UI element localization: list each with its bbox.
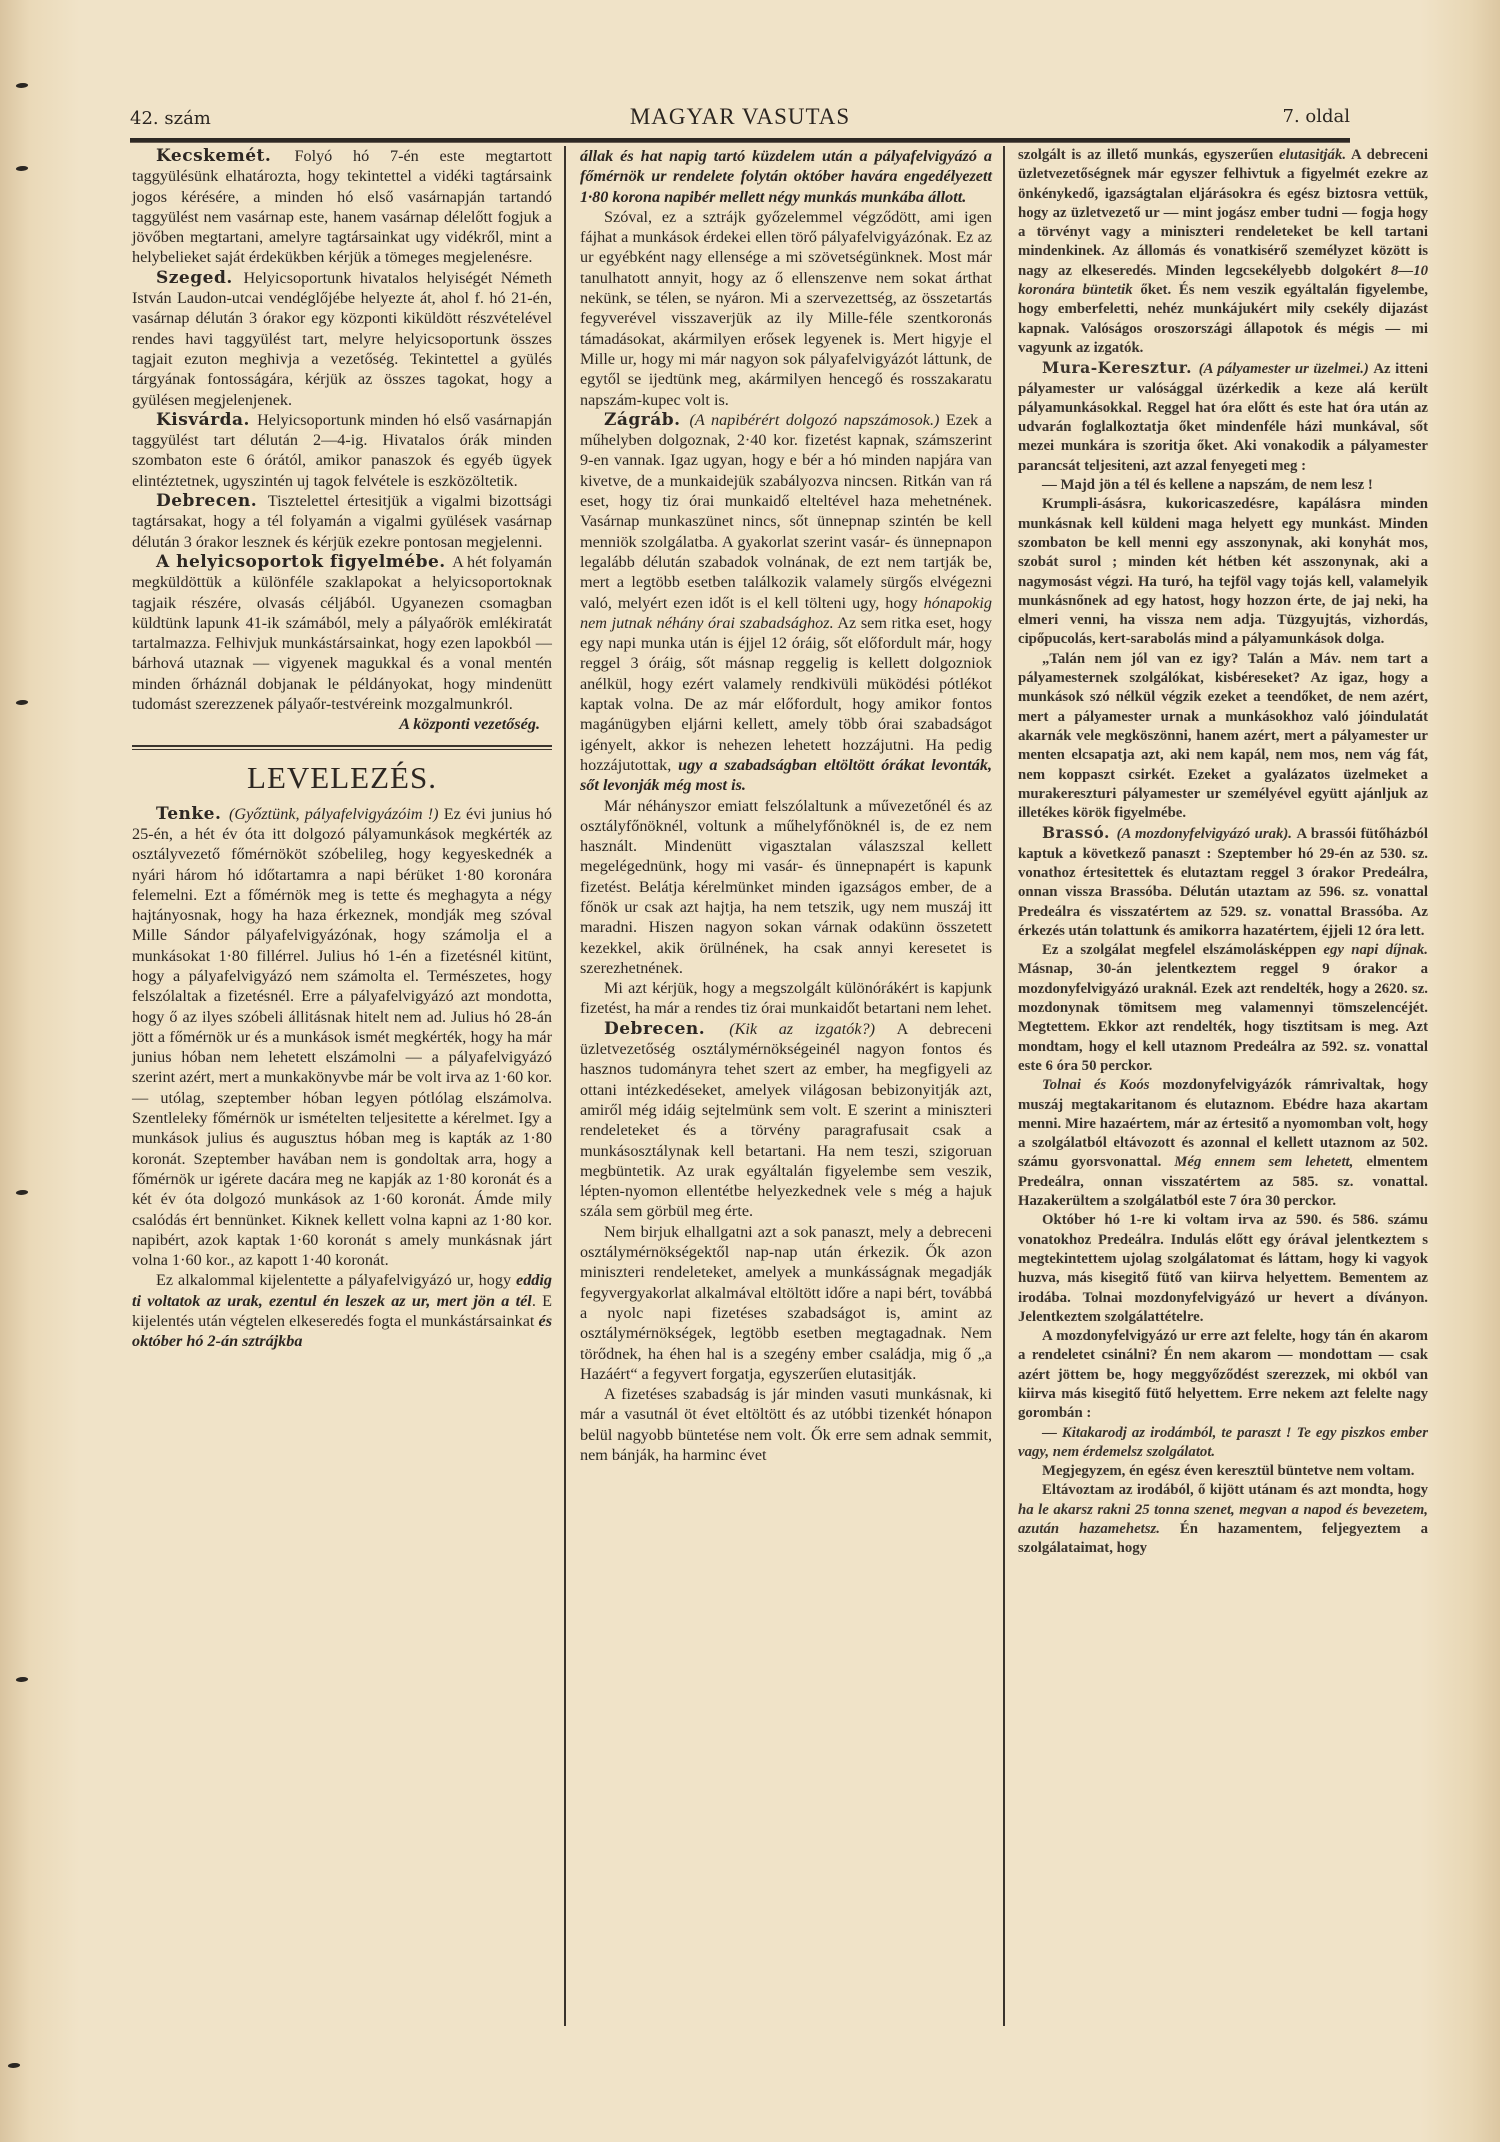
- emphasis-text: Még ennem sem lehetett,: [1174, 1154, 1353, 1170]
- dateline-heading: Szeged.: [156, 268, 244, 288]
- body-text: —: [1042, 1425, 1062, 1441]
- body-text: „Talán nem jól van ez igy? Talán a Máv. …: [1018, 651, 1428, 821]
- punch-mark: [15, 166, 29, 171]
- body-text: Ezek a műhelyben dolgoznak, 2·40 kor. fi…: [580, 411, 992, 612]
- punch-mark: [15, 700, 29, 705]
- paragraph: — Kitakarodj az irodámból, te paraszt ! …: [1018, 1424, 1428, 1463]
- paragraph: Október hó 1-re ki voltam irva az 590. é…: [1018, 1211, 1428, 1327]
- dateline-heading: A helyicsoportok figyelmébe.: [156, 552, 452, 572]
- body-text: Október hó 1-re ki voltam irva az 590. é…: [1018, 1212, 1428, 1324]
- section-title: LEVELEZÉS.: [132, 758, 552, 798]
- body-text: Krumpli-ásásra, kukoricaszedésre, kapálá…: [1018, 496, 1428, 647]
- column-3: szolgált is az illető munkás, egyszerűen…: [1018, 146, 1428, 1559]
- dateline-heading: Zágráb.: [604, 410, 689, 430]
- body-text: Szóval, ez a sztrájk győzelemmel végződö…: [580, 208, 992, 409]
- announcements: Kecskemét. Folyó hó 7-én este megtartott…: [132, 146, 552, 714]
- paragraph: állak és hat napig tartó küzdelem után a…: [580, 146, 992, 207]
- dateline-heading: Kecskemét.: [156, 146, 294, 166]
- dateline-heading: Tenke.: [156, 804, 229, 824]
- body-text: Másnap, 30-án jelentkeztem reggel 9 órak…: [1018, 961, 1428, 1073]
- body-text: A debreceni üzletvezetőségnek már egysze…: [1018, 147, 1428, 279]
- paragraph: Tenke. (Győztünk, pályafelvigyázóim !) E…: [132, 804, 552, 1271]
- paragraph: Debrecen. (Kik az izgatók?) A debreceni …: [580, 1019, 992, 1222]
- paragraph: Kisvárda. Helyicsoportunk minden hó első…: [132, 410, 552, 491]
- emphasis-text: elutasitják.: [1279, 147, 1346, 163]
- punch-mark: [15, 1677, 29, 1682]
- emphasis-text: (Kik az izgatók?): [729, 1020, 896, 1038]
- paragraph: Szóval, ez a sztrájk győzelemmel végződö…: [580, 207, 992, 410]
- body-text: Az itteni pályamester ur valósággal üzér…: [1018, 361, 1428, 473]
- body-text: A brassói fütőházból kaptuk a következő …: [1018, 826, 1428, 938]
- column-2: állak és hat napig tartó küzdelem után a…: [580, 146, 992, 1465]
- body-text: Megjegyzem, én egész éven keresztül bünt…: [1042, 1463, 1414, 1479]
- punch-mark: [15, 83, 29, 88]
- dateline-heading: Mura-Keresztur.: [1042, 358, 1199, 377]
- emphasis-text: (A pályamester ur üzelmei.): [1199, 361, 1374, 377]
- column-3-body: szolgált is az illető munkás, egyszerűen…: [1018, 146, 1428, 1559]
- dateline-heading: Debrecen.: [604, 1019, 729, 1039]
- body-text: A hét folyamán megküldöttük a különféle …: [132, 553, 552, 713]
- paragraph: Ez alkalommal kijelentette a pályafelvig…: [132, 1270, 552, 1351]
- paragraph: — Majd jön a tél és kellene a napszám, d…: [1018, 476, 1428, 495]
- newspaper-title: MAGYAR VASUTAS: [130, 104, 1350, 130]
- page-header: 42. szám MAGYAR VASUTAS 7. oldal: [130, 100, 1350, 140]
- emphasis-text: (Győztünk, pályafelvigyázóim !): [229, 805, 444, 823]
- paragraph: A helyicsoportok figyelmébe. A hét folya…: [132, 552, 552, 714]
- paragraph: A mozdonyfelvigyázó ur erre azt felelte,…: [1018, 1327, 1428, 1423]
- column-1: Kecskemét. Folyó hó 7-én este megtartott…: [132, 146, 552, 1352]
- paragraph: Debrecen. Tisztelettel értesitjük a viga…: [132, 491, 552, 552]
- page-number: 7. oldal: [1283, 106, 1351, 127]
- paragraph: Szeged. Helyicsoportunk hivatalos helyis…: [132, 268, 552, 410]
- paragraph: Mura-Keresztur. (A pályamester ur üzelme…: [1018, 358, 1428, 476]
- paragraph: Mi azt kérjük, hogy a megszolgált különó…: [580, 978, 992, 1019]
- body-text: Az sem ritka eset, hogy egy napi munka u…: [580, 614, 992, 774]
- body-text: A debreceni üzletvezetőség osztálymérnök…: [580, 1020, 992, 1221]
- paragraph: Nem birjuk elhallgatni azt a sok panaszt…: [580, 1222, 992, 1384]
- paragraph: Zágráb. (A napibérért dolgozó napszámoso…: [580, 410, 992, 796]
- emphasis-text: Tolnai és Koós: [1042, 1077, 1150, 1093]
- paragraph: Tolnai és Koós mozdonyfelvigyázók rámriv…: [1018, 1076, 1428, 1211]
- dateline-heading: Debrecen.: [156, 491, 268, 511]
- column-divider-1: [564, 146, 566, 2026]
- body-text: A fizetéses szabadság is jár minden vasu…: [580, 1385, 992, 1464]
- body-text: Ez alkalommal kijelentette a pályafelvig…: [156, 1271, 516, 1289]
- paragraph: Brassó. (A mozdonyfelvigyázó urak). A br…: [1018, 823, 1428, 941]
- punch-mark: [7, 2063, 21, 2068]
- paragraph: A fizetéses szabadság is jár minden vasu…: [580, 1384, 992, 1465]
- paragraph: szolgált is az illető munkás, egyszerűen…: [1018, 146, 1428, 358]
- paragraph: Már néhányszor emiatt felszólaltunk a mű…: [580, 796, 992, 979]
- emphasis-text: (A napibérért dolgozó napszámosok.): [689, 411, 945, 429]
- body-text: szolgált is az illető munkás, egyszerűen: [1018, 147, 1279, 163]
- body-text: Már néhányszor emiatt felszólaltunk a mű…: [580, 797, 992, 977]
- header-rule: [130, 138, 1350, 143]
- body-text: — Majd jön a tél és kellene a napszám, d…: [1042, 477, 1373, 493]
- paragraph: Kecskemét. Folyó hó 7-én este megtartott…: [132, 146, 552, 268]
- dateline-heading: Brassó.: [1042, 823, 1117, 842]
- body-text: Helyicsoportunk hivatalos helyiségét Ném…: [132, 269, 552, 409]
- paragraph: „Talán nem jól van ez igy? Talán a Máv. …: [1018, 650, 1428, 824]
- body-text: Mi azt kérjük, hogy a megszolgált különó…: [580, 979, 992, 1017]
- body-text: Nem birjuk elhallgatni azt a sok panaszt…: [580, 1223, 992, 1383]
- dateline-heading: Kisvárda.: [156, 410, 257, 430]
- body-text: A mozdonyfelvigyázó ur erre azt felelte,…: [1018, 1328, 1428, 1421]
- punch-mark: [15, 1190, 29, 1195]
- paragraph: Megjegyzem, én egész éven keresztül bünt…: [1018, 1462, 1428, 1481]
- body-text: Ez évi junius hó 25-én, a hét év óta itt…: [132, 805, 552, 1270]
- emphasis-text: egy napi díjnak.: [1323, 942, 1428, 958]
- column-2-body: állak és hat napig tartó küzdelem után a…: [580, 146, 992, 1465]
- body-text: Eltávoztam az irodából, ő kijött utánam …: [1042, 1482, 1428, 1498]
- letters: Tenke. (Győztünk, pályafelvigyázóim !) E…: [132, 804, 552, 1352]
- paragraph: Eltávoztam az irodából, ő kijött utánam …: [1018, 1481, 1428, 1558]
- emphasis-text: (A mozdonyfelvigyázó urak).: [1117, 826, 1297, 842]
- signature: A központi vezetőség.: [132, 714, 552, 734]
- emphasis-text: Kitakarodj az irodámból, te paraszt ! Te…: [1018, 1425, 1428, 1460]
- paragraph: Ez a szolgálat megfelel elszámolásképpen…: [1018, 941, 1428, 1076]
- emphasis-text: állak és hat napig tartó küzdelem után a…: [580, 147, 992, 206]
- body-text: Ez a szolgálat megfelel elszámolásképpen: [1042, 942, 1323, 958]
- paragraph: Krumpli-ásásra, kukoricaszedésre, kapálá…: [1018, 495, 1428, 649]
- section-rule: [132, 745, 552, 750]
- signature-text: A központi vezetőség.: [399, 715, 540, 733]
- column-divider-2: [1003, 146, 1005, 2026]
